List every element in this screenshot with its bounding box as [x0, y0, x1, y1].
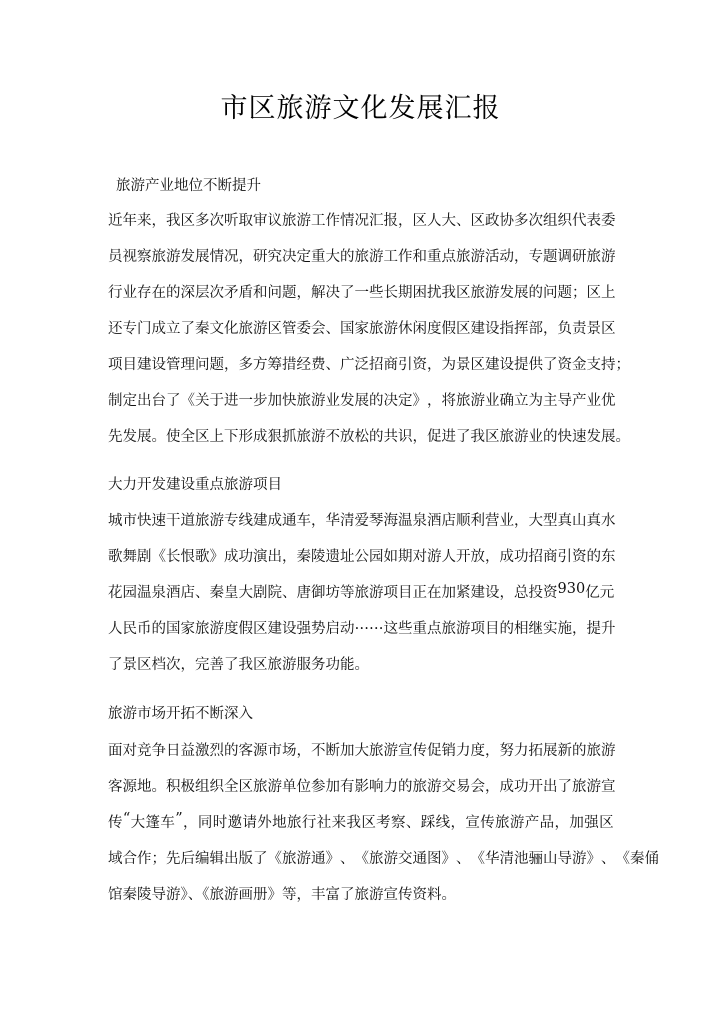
paragraph-line: 传“大篷车”，同时邀请外地旅行社来我区考察、踩线，宣传旅游产品，加强区	[108, 811, 614, 832]
paragraph-line: 先发展。使全区上下形成狠抓旅游不放松的共识，促进了我区旅游业的快速发展。	[108, 425, 614, 446]
paragraph-line: 近年来，我区多次听取审议旅游工作情况汇报，区人大、区政协多次组织代表委	[108, 209, 614, 230]
document-title: 市区旅游文化发展汇报	[0, 86, 721, 125]
paragraph-line: 项目建设管理问题，多方筹措经费、广泛招商引资，为景区建设提供了资金支持；	[108, 353, 614, 374]
paragraph-line: 了景区档次，完善了我区旅游服务功能。	[108, 653, 614, 674]
paragraph-line: 客源地。积极组织全区旅游单位参加有影响力的旅游交易会，成功开出了旅游宣	[108, 775, 614, 796]
paragraph-line: 还专门成立了秦文化旅游区管委会、国家旅游休闲度假区建设指挥部，负责景区	[108, 317, 614, 338]
paragraph-line: 域合作；先后编辑出版了《旅游通》、《旅游交通图》、《华清池骊山导游》、《秦俑	[108, 847, 614, 868]
paragraph-line: 花园温泉酒店、秦皇大剧院、唐御坊等旅游项目正在加紧建设，总投资 930 亿元	[108, 581, 614, 602]
section-heading: 大力开发建设重点旅游项目	[108, 473, 614, 494]
paragraph-line: 行业存在的深层次矛盾和问题，解决了一些长期困扰我区旅游发展的问题；区上	[108, 281, 614, 302]
paragraph-line: 歌舞剧《长恨歌》成功演出，秦陵遗址公园如期对游人开放，成功招商引资的东	[108, 545, 614, 566]
paragraph-line: 制定出台了《关于进一步加快旅游业发展的决定》，将旅游业确立为主导产业优	[108, 389, 614, 410]
section-heading: 旅游产业地位不断提升	[116, 174, 622, 195]
section-heading: 旅游市场开拓不断深入	[108, 702, 614, 723]
paragraph-line: 城市快速干道旅游专线建成通车，华清爱琴海温泉酒店顺利营业，大型真山真水	[108, 509, 614, 530]
paragraph-line: 员视察旅游发展情况，研究决定重大的旅游工作和重点旅游活动，专题调研旅游	[108, 245, 614, 266]
paragraph-line: 人民币的国家旅游度假区建设强势启动……这些重点旅游项目的相继实施，提升	[108, 617, 614, 638]
paragraph-line: 馆秦陵导游》、《旅游画册》等，丰富了旅游宣传资料。	[108, 883, 614, 904]
paragraph-line: 面对竞争日益激烈的客源市场，不断加大旅游宣传促销力度，努力拓展新的旅游	[108, 739, 614, 760]
